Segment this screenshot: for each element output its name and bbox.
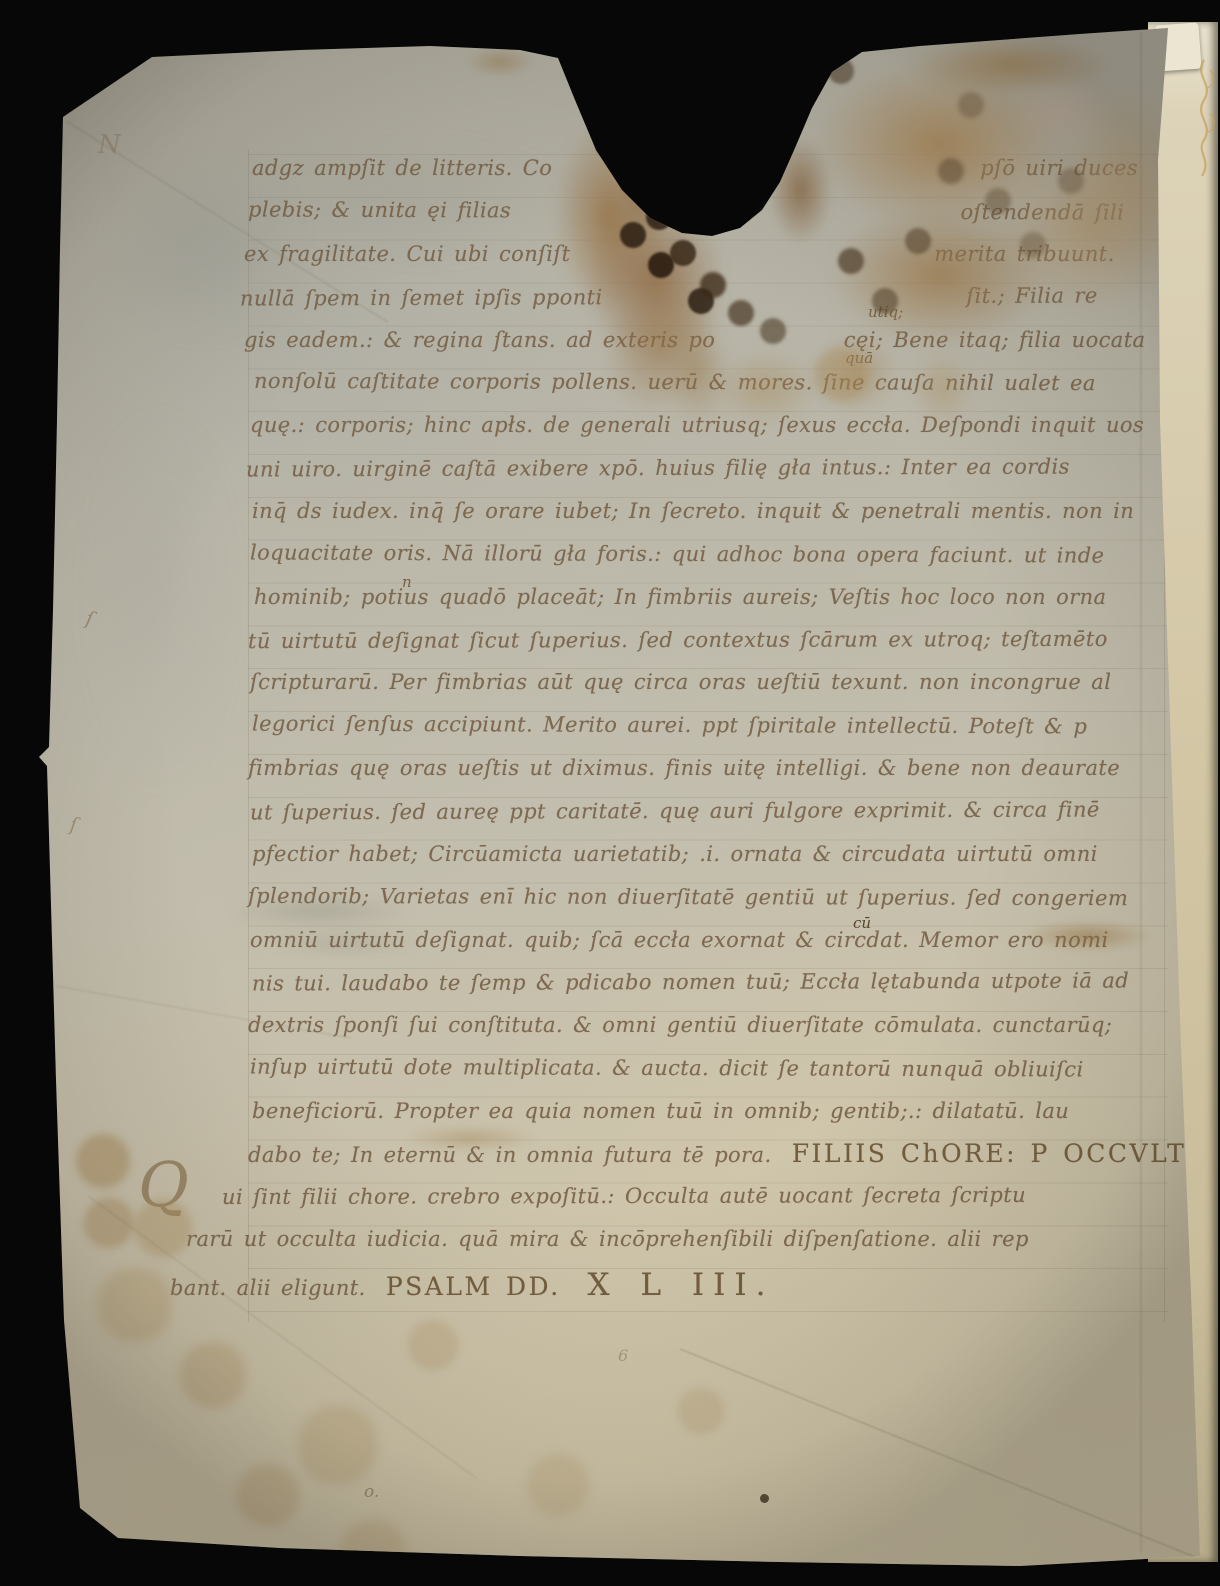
interlinear-gloss: n [402,573,412,591]
text-line: beneficiorū. Propter ea quia nomen tuū i… [252,1101,1069,1122]
text-line-content: legorici ſenſus accipiunt. Merito aurei.… [252,712,1087,739]
text-line: pfectior habet; Circūamicta uarietatib; … [252,844,1098,865]
text-line: legorici ſenſus accipiunt. Merito aurei.… [252,714,1087,738]
text-line: hominib; potius quadō placeāt; In fimbri… [254,587,1106,608]
text-line: nullā ſpem in ſemet ipſis pponti ſit.; F… [240,286,1098,310]
psalm-label-capitals: PSALM DD. [386,1272,588,1301]
text-line: tū uirtutū deſignat ſicut ſuperius. ſed … [248,629,1108,652]
text-line: dextris ſponſi ſui conſtituta. & omni ge… [248,1015,1112,1036]
text-line: bant. alii eligunt. PSALM DD. X L III. [170,1270,775,1301]
stain-patch [985,58,1140,168]
text-line: ui ſint filii chore. crebro expoſitū.: O… [222,1185,1026,1208]
text-line: adgz ampſit de litteris. Co pſō uiri duc… [252,158,1138,179]
text-line: omniū uirtutū deſignat. quib; ſcā eccła … [250,930,1109,951]
initial-letter-q: Q [138,1148,189,1221]
text-line-content: inſup uirtutū dote multiplicata. & aucta… [250,1055,1084,1082]
text-line-content: ſcripturarū. Per fimbrias aūt quę circa … [250,670,1111,694]
text-line-content: omniū uirtutū deſignat. quib; ſcā eccła … [250,928,1109,952]
pen-trial-mark: N [98,130,121,160]
text-line-content: ut ſuperius. ſed aureę ppt caritatē. quę… [250,798,1100,825]
text-line-content: nis tui. laudabo te ſemp & pdicabo nomen… [252,968,1129,995]
text-line-content: ui ſint filii chore. crebro expoſitū.: O… [222,1183,1026,1209]
manuscript-scan: adgz ampſit de litteris. Co pſō uiri duc… [0,0,1220,1586]
stain-patch [455,42,545,82]
burn-specks [0,0,26,26]
margin-mark: ſ [84,608,95,631]
interlinear-gloss: cū [853,914,871,932]
text-line-content: dabo te; In eternū & in omnia futura tē … [248,1143,792,1167]
interlinear-gloss: utiq; [868,303,903,321]
text-line-content: rarū ut occulta iudicia. quā mira & incō… [186,1227,1029,1251]
margin-mark: 6 [618,1346,628,1365]
text-line-content: pfectior habet; Circūamicta uarietatib; … [252,842,1098,866]
ink-spot [760,1494,769,1503]
text-line: gis eadem.: & regina ſtans. ad exteris p… [244,330,1145,351]
text-line: nonſolū caſtitate corporis pollens. uerū… [254,371,1096,394]
penwork-flourish-icon [1190,56,1218,186]
text-line-content: gis eadem.: & regina ſtans. ad exteris p… [244,328,1145,352]
interlinear-gloss: quā [845,349,873,367]
text-line-content: uni uiro. uirginē caſtā exibere xpō. hui… [246,455,1070,482]
text-line: ſcripturarū. Per fimbrias aūt quę circa … [250,672,1111,693]
text-line: plebis; & unita ęi filias oſtendendā ſil… [248,199,1124,223]
text-line-content: tū uirtutū deſignat ſicut ſuperius. ſed … [248,627,1108,653]
parchment-page: adgz ampſit de litteris. Co pſō uiri duc… [0,0,1220,1586]
text-line-content: ex fragilitate. Cui ubi conſiſt merita t… [244,242,1115,266]
stain-patch [880,28,1140,103]
page-shading [55,340,265,860]
text-line: inſup uirtutū dote multiplicata. & aucta… [250,1057,1084,1081]
text-line-content: ſplendorib; Varietas enī hic non diuerſi… [248,884,1128,910]
margin-mark: ſ [69,814,79,837]
text-line-content: loquacitate oris. Nā illorū gła foris.: … [250,541,1105,568]
text-line: uni uiro. uirginē caſtā exibere xpō. hui… [246,457,1070,481]
text-line-content: beneficiorū. Propter ea quia nomen tuū i… [252,1099,1069,1123]
stain-droplets [0,0,26,26]
text-line-content: adgz ampſit de litteris. Co pſō uiri duc… [252,156,1138,180]
text-line: rarū ut occulta iudicia. quā mira & incō… [186,1229,1029,1250]
text-line: inq̄ ds iudex. inq̄ ſe orare iubet; In ſ… [252,501,1134,522]
crease [1140,32,1142,1552]
text-line: ut ſuperius. ſed aureę ppt caritatē. quę… [250,800,1100,824]
text-line-content: dextris ſponſi ſui conſtituta. & omni ge… [248,1013,1112,1037]
crease [680,1348,1200,1560]
text-line-content: fimbrias quę oras ueſtis ut diximus. fin… [248,756,1120,780]
text-line-content: nonſolū caſtitate corporis pollens. uerū… [254,369,1096,395]
text-line: quę.: corporis; hinc apłs. de generali u… [250,415,1144,436]
text-line-content: inq̄ ds iudex. inq̄ ſe orare iubet; In ſ… [252,499,1134,523]
text-line-content: plebis; & unita ęi filias oſtendendā ſil… [248,197,1124,224]
text-line: loquacitate oris. Nā illorū gła foris.: … [250,543,1104,567]
psalm-title-capitals: FILIIS ChORE: P OCCVLTIS. [792,1139,1220,1168]
text-line-content: quę.: corporis; hinc apłs. de generali u… [250,413,1144,437]
text-line: nis tui. laudabo te ſemp & pdicabo nomen… [252,970,1129,994]
text-line: dabo te; In eternū & in omnia futura tē … [248,1141,1220,1166]
text-line-content: hominib; potius quadō placeāt; In fimbri… [254,585,1106,609]
psalm-number-roman-numeral: X L III. [588,1267,775,1303]
text-line: ſplendorib; Varietas enī hic non diuerſi… [248,886,1128,909]
text-line: ex fragilitate. Cui ubi conſiſt merita t… [244,244,1115,265]
text-line-content: nullā ſpem in ſemet ipſis pponti ſit.; F… [240,284,1098,311]
margin-mark: o. [364,1482,379,1502]
text-line: fimbrias quę oras ueſtis ut diximus. fin… [248,758,1120,779]
